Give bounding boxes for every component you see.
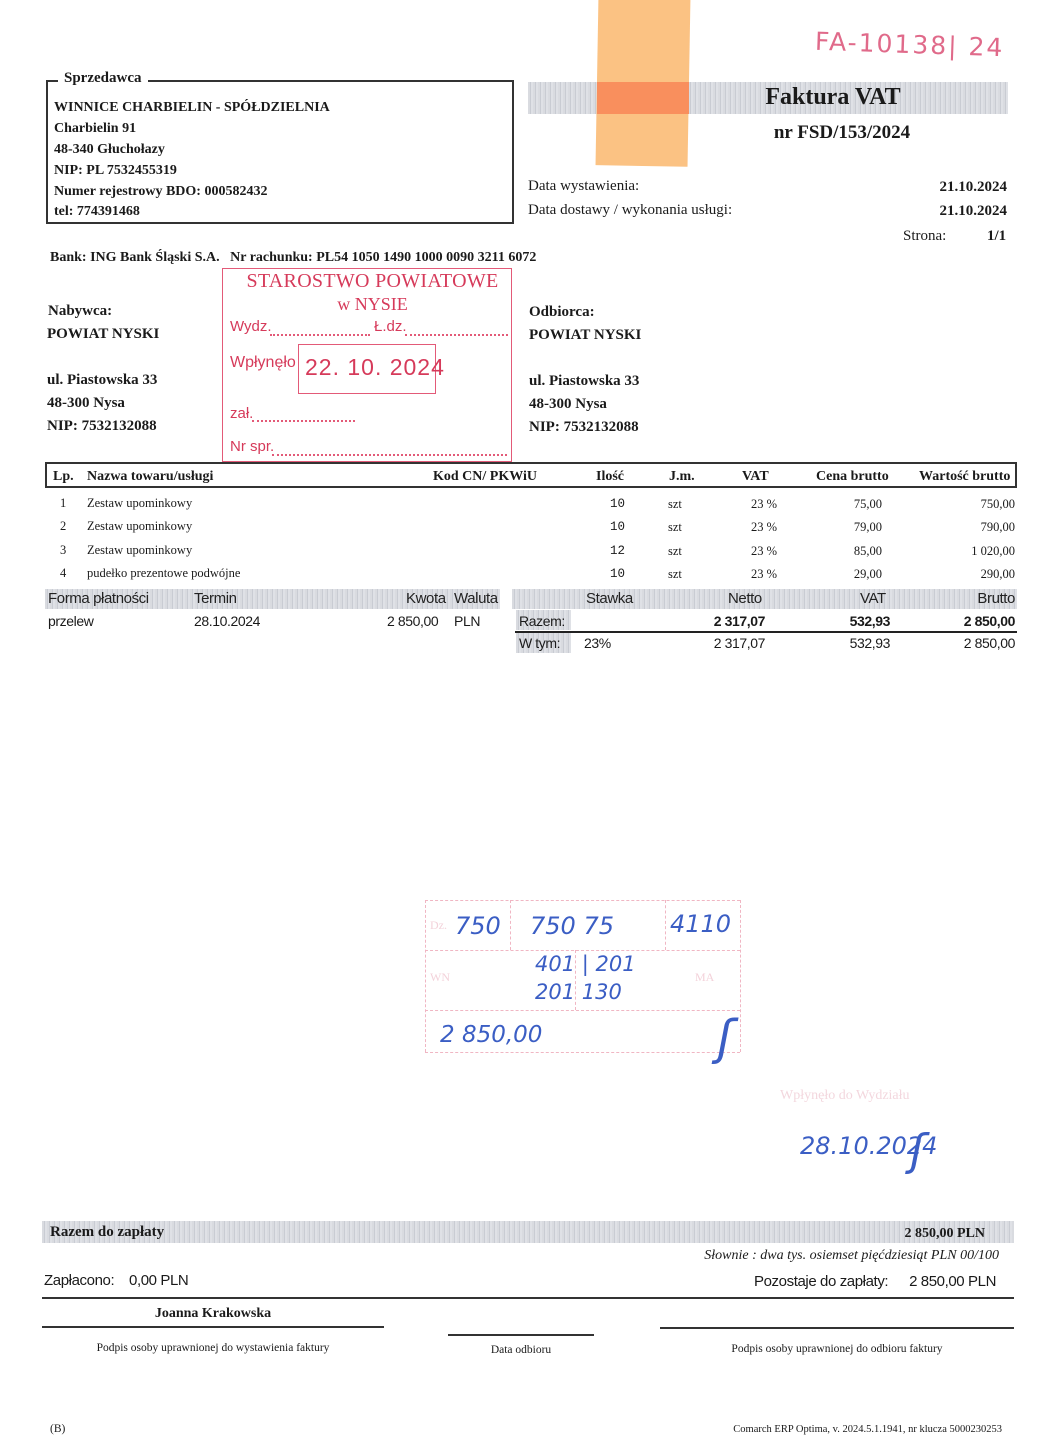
row-price: 29,00 bbox=[854, 567, 882, 582]
row-value: 750,00 bbox=[981, 497, 1015, 512]
recipient-name: POWIAT NYSKI bbox=[529, 327, 641, 344]
buyer-name: POWIAT NYSKI bbox=[47, 326, 159, 343]
issuer-caption: Podpis osoby uprawnionej do wystawienia … bbox=[42, 1342, 384, 1354]
decree-signature: ʃ bbox=[717, 1010, 733, 1066]
decree-grid-line bbox=[510, 900, 511, 950]
row-qty: 10 bbox=[610, 567, 625, 581]
recipient-city: 48-300 Nysa bbox=[529, 396, 607, 413]
vat-incl-vat: 532,93 bbox=[850, 635, 890, 651]
payment-due-date: 28.10.2024 bbox=[194, 613, 260, 629]
decree-grid-line bbox=[425, 900, 740, 901]
vat-net-header: Netto bbox=[728, 590, 762, 607]
seller-bdo: Numer rejestrowy BDO: 000582432 bbox=[54, 184, 267, 200]
col-name: Nazwa towaru/usługi bbox=[87, 469, 213, 485]
row-price: 85,00 bbox=[854, 544, 882, 559]
col-code: Kod CN/ PKWiU bbox=[433, 469, 537, 485]
vat-rate-header: Stawka bbox=[586, 590, 633, 607]
row-value: 290,00 bbox=[981, 567, 1015, 582]
stamp-received-label: Wpłynęło bbox=[230, 354, 296, 372]
seller-name: WINNICE CHARBIELIN - SPÓŁDZIELNIA bbox=[54, 100, 330, 116]
vat-incl-rate: 23% bbox=[584, 635, 611, 651]
page-label: Strona: bbox=[903, 228, 946, 245]
row-lp: 3 bbox=[60, 543, 66, 558]
receiver-signature-line bbox=[660, 1327, 1014, 1329]
row-unit: szt bbox=[668, 520, 682, 535]
vat-incl-net: 2 317,07 bbox=[714, 635, 765, 651]
seller-tel: tel: 774391468 bbox=[54, 204, 140, 220]
col-lp: Lp. bbox=[53, 469, 74, 485]
vat-total-vat: 532,93 bbox=[850, 613, 890, 629]
total-divider bbox=[515, 631, 1017, 633]
buyer-nip: NIP: 7532132088 bbox=[47, 418, 157, 435]
col-unit: J.m. bbox=[669, 469, 695, 485]
payment-amount: 2 850,00 bbox=[387, 613, 438, 629]
paid-amount: 0,00 PLN bbox=[129, 1272, 188, 1289]
stamp-attachments: zał. bbox=[230, 405, 253, 422]
payment-currency-header: Waluta bbox=[454, 590, 498, 607]
row-qty: 10 bbox=[610, 497, 625, 511]
row-unit: szt bbox=[668, 567, 682, 582]
decree-grid-line bbox=[740, 900, 741, 1052]
vat-gross-header: Brutto bbox=[977, 590, 1015, 607]
recipient-label: Odbiorca: bbox=[529, 304, 595, 321]
total-band bbox=[42, 1221, 1014, 1243]
decree-faint-label: MA bbox=[695, 970, 714, 985]
decree-faint-label: WN bbox=[430, 970, 450, 985]
payment-currency: PLN bbox=[454, 613, 480, 629]
decree-grid-line bbox=[425, 900, 426, 1052]
row-vat: 23 % bbox=[751, 544, 777, 559]
issue-date-label: Data wystawienia: bbox=[528, 178, 639, 195]
payment-method-header: Forma płatności bbox=[48, 590, 149, 607]
row-price: 79,00 bbox=[854, 520, 882, 535]
issue-date: 21.10.2024 bbox=[940, 179, 1008, 196]
software-info: Comarch ERP Optima, v. 2024.5.1.1941, nr… bbox=[733, 1424, 1002, 1435]
seller-nip: NIP: PL 7532455319 bbox=[54, 163, 177, 179]
remaining-amount: 2 850,00 PLN bbox=[909, 1273, 996, 1290]
invoice-number: nr FSD/153/2024 bbox=[528, 122, 1061, 144]
col-qty: Ilość bbox=[596, 469, 624, 485]
delivery-date-label: Data dostawy / wykonania usługi: bbox=[528, 202, 732, 219]
row-price: 75,00 bbox=[854, 497, 882, 512]
row-unit: szt bbox=[668, 497, 682, 512]
row-name: Zestaw upominkowy bbox=[87, 496, 192, 511]
row-lp: 4 bbox=[60, 566, 66, 581]
row-name: Zestaw upominkowy bbox=[87, 519, 192, 534]
payment-amount-header: Kwota bbox=[406, 590, 446, 607]
decree-accounts-2: 201 130 bbox=[535, 980, 622, 1004]
row-name: Zestaw upominkowy bbox=[87, 543, 192, 558]
payment-method: przelew bbox=[48, 613, 93, 629]
receipt-date-caption: Data odbioru bbox=[448, 1344, 594, 1356]
col-vat: VAT bbox=[742, 469, 769, 485]
col-price: Cena brutto bbox=[816, 469, 889, 485]
page-number: 1/1 bbox=[987, 228, 1006, 245]
invoice-title: Faktura VAT bbox=[528, 84, 1061, 111]
stamp-wydz: Wydz. bbox=[230, 318, 272, 335]
row-vat: 23 % bbox=[751, 520, 777, 535]
stamp-city: w NYSIE bbox=[230, 294, 515, 315]
decree-grid-line bbox=[665, 900, 666, 950]
faint-receipt-stamp-text: Wpłynęło do Wydziału bbox=[780, 1088, 910, 1104]
recipient-nip: NIP: 7532132088 bbox=[529, 419, 639, 436]
buyer-street: ul. Piastowska 33 bbox=[47, 372, 157, 389]
footer-mark: (B) bbox=[50, 1423, 65, 1435]
receipt-date-line bbox=[448, 1334, 594, 1336]
row-qty: 10 bbox=[610, 520, 625, 534]
amount-in-words: Słownie : dwa tys. osiemset pięćdziesiąt… bbox=[704, 1248, 999, 1264]
buyer-label: Nabywca: bbox=[48, 303, 112, 320]
handwritten-reference: FA-10138| 24 bbox=[815, 27, 1005, 63]
row-unit: szt bbox=[668, 544, 682, 559]
remaining-label: Pozostaje do zapłaty: bbox=[754, 1273, 888, 1290]
decree-grid-line bbox=[425, 1052, 740, 1053]
total-to-pay-label: Razem do zapłaty bbox=[50, 1224, 164, 1241]
row-qty: 12 bbox=[610, 544, 625, 558]
col-value: Wartość brutto bbox=[919, 469, 1010, 485]
accounting-decree-stamp: Dz. WN MA 750 750 75 4110 401 | 201 201 … bbox=[425, 900, 740, 1052]
decree-grid-line bbox=[425, 1010, 740, 1011]
stamp-case-number: Nr spr. bbox=[230, 438, 274, 455]
vat-total-gross: 2 850,00 bbox=[964, 613, 1015, 629]
row-value: 1 020,00 bbox=[971, 544, 1015, 559]
vat-total-label: Razem: bbox=[519, 613, 565, 629]
stamp-dotted-line bbox=[252, 420, 355, 422]
vat-total-net: 2 317,07 bbox=[714, 613, 765, 629]
decree-amount: 2 850,00 bbox=[440, 1022, 542, 1048]
buyer-city: 48-300 Nysa bbox=[47, 395, 125, 412]
decree-grid-line bbox=[425, 950, 740, 951]
separator-line bbox=[42, 1297, 1014, 1299]
decree-section: 750 bbox=[455, 912, 501, 940]
row-lp: 1 bbox=[60, 496, 66, 511]
decree-faint-label: Dz. bbox=[430, 918, 447, 933]
seller-city: 48-340 Głuchołazy bbox=[54, 142, 165, 158]
seller-legend: Sprzedawca bbox=[58, 70, 148, 87]
decree-paragraph: 4110 bbox=[670, 910, 731, 938]
seller-street: Charbielin 91 bbox=[54, 121, 136, 137]
stamp-received-date: 22. 10. 2024 bbox=[305, 354, 445, 381]
payment-due-header: Termin bbox=[194, 590, 237, 607]
stamp-dotted-line bbox=[405, 334, 508, 336]
stamp-ldz: Ł.dz. bbox=[374, 318, 407, 335]
decree-accounts-1: 401 | 201 bbox=[535, 952, 636, 976]
stamp-office: STAROSTWO POWIATOWE bbox=[230, 270, 515, 293]
delivery-date: 21.10.2024 bbox=[940, 203, 1008, 220]
recipient-street: ul. Piastowska 33 bbox=[529, 373, 639, 390]
issuer-name: Joanna Krakowska bbox=[42, 1306, 384, 1322]
issuer-signature-line bbox=[42, 1326, 384, 1328]
vat-incl-label: W tym: bbox=[519, 635, 560, 651]
row-lp: 2 bbox=[60, 519, 66, 534]
row-vat: 23 % bbox=[751, 567, 777, 582]
row-value: 790,00 bbox=[981, 520, 1015, 535]
receiver-caption: Podpis osoby uprawnionej do odbioru fakt… bbox=[660, 1343, 1014, 1355]
stamp-dotted-line bbox=[270, 334, 370, 336]
paid-label: Zapłacono: bbox=[44, 1272, 114, 1289]
row-vat: 23 % bbox=[751, 497, 777, 512]
row-name: pudełko prezentowe podwójne bbox=[87, 566, 240, 581]
total-to-pay: 2 850,00 PLN bbox=[905, 1226, 986, 1242]
decree-chapter: 750 75 bbox=[530, 912, 614, 940]
stamp-dotted-line bbox=[272, 454, 507, 456]
bank-account: Bank: ING Bank Śląski S.A. Nr rachunku: … bbox=[50, 250, 536, 266]
receipt-signature: ʃ bbox=[910, 1125, 925, 1176]
vat-incl-gross: 2 850,00 bbox=[964, 635, 1015, 651]
vat-amount-header: VAT bbox=[860, 590, 886, 607]
